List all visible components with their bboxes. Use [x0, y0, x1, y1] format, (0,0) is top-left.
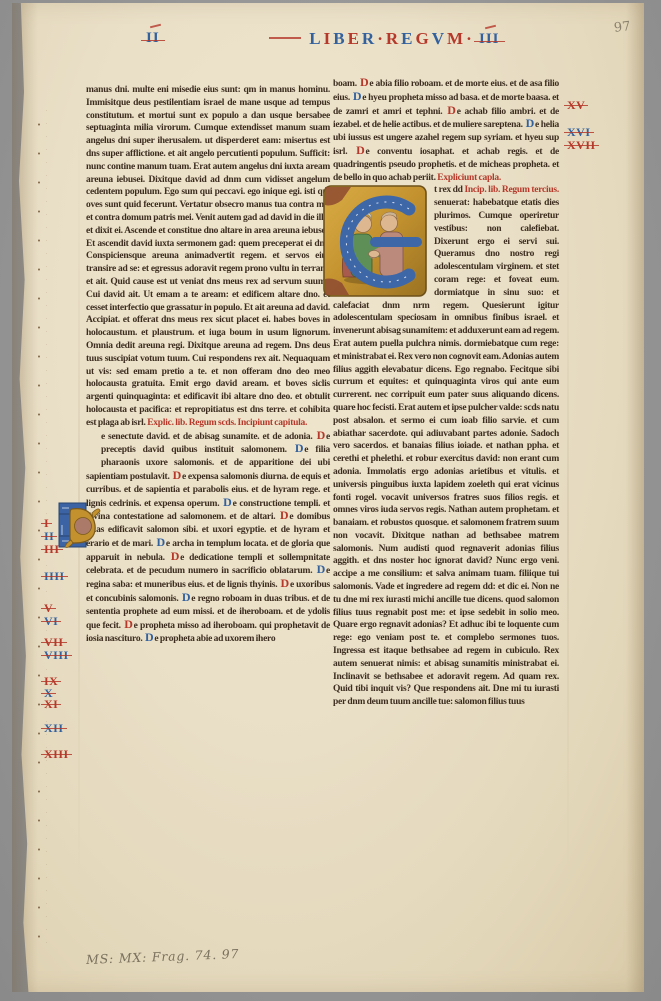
capitulum-initial: D — [316, 562, 326, 576]
header-book-title: LIBER·REGVM· — [242, 29, 502, 49]
capitulum-initial: D — [123, 617, 133, 631]
capitula-list-right: boam. De abia filio roboam. et de morte … — [333, 77, 559, 184]
title-letter: I — [324, 29, 334, 48]
left-main-text: manus dni. multe eni misedie eius sunt: … — [86, 84, 330, 430]
chapter-numeral-i: I — [44, 517, 49, 529]
capitulum-text: e senectute david. et de abisag sunamite… — [101, 432, 316, 442]
title-letter: R — [386, 29, 401, 48]
chapter-numeral-xv: XV — [567, 99, 585, 111]
manuscript-photo: II LIBER·REGVM· III 97 manus dni. multe … — [0, 0, 661, 1001]
liber3-opening: t rex dd Incip. lib. Regum tercius. senu… — [333, 184, 559, 709]
capitulum-initial: D — [222, 495, 232, 509]
header-book-numeral-left: II — [146, 30, 160, 47]
decorated-initial-d — [57, 500, 101, 550]
chapter-numeral-xi: XI — [44, 698, 58, 710]
right-text-column: boam. De abia filio roboam. et de morte … — [333, 77, 559, 709]
capitula-list-left: e senectute david. et de abisag sunamite… — [86, 430, 330, 647]
folio-number: 97 — [613, 19, 631, 36]
title-letter: V — [432, 29, 447, 48]
initial-spacer — [86, 430, 101, 470]
capitulum-initial: D — [144, 630, 154, 644]
chapter-numeral-xiii: XIII — [44, 748, 69, 760]
capitulum-initial: D — [359, 75, 369, 89]
opening-words: t rex dd — [434, 185, 463, 195]
title-letter: G — [416, 29, 432, 48]
chapter-numeral-iiii: IIII — [44, 570, 65, 582]
title-letter: B — [333, 29, 347, 48]
capitulum-initial: D — [170, 549, 180, 563]
capitulum-initial: D — [181, 590, 191, 604]
capitulum-initial: D — [155, 535, 165, 549]
title-letter: R — [362, 29, 377, 48]
chapter-numeral-xvii: XVII — [567, 139, 596, 151]
title-letter: E — [401, 29, 415, 48]
title-letter: E — [348, 29, 362, 48]
capitulum-initial: D — [352, 89, 362, 103]
chapter-numeral-vii: VII — [44, 636, 64, 648]
title-letter: L — [309, 29, 323, 48]
chapter-numeral-v: V — [44, 602, 53, 614]
capitulum-initial: D — [172, 468, 182, 482]
capitulum-initial: D — [525, 116, 535, 130]
title-letter: · — [466, 29, 475, 48]
chapter-numeral-vi: VI — [44, 615, 58, 627]
chapter-numeral-viii: VIII — [44, 649, 69, 661]
historiated-initial-e — [323, 185, 427, 297]
chapter-numeral-ii: II — [44, 530, 54, 542]
chapter-numeral-xii: XII — [44, 722, 64, 734]
capitulum-initial: D — [280, 576, 290, 590]
parchment-crease — [567, 170, 569, 890]
chapter-numeral-xvi: XVI — [567, 126, 591, 138]
capitulum-carryover: boam. — [333, 79, 359, 89]
header-book-numeral-right: III — [479, 31, 500, 48]
capitulum-initial: D — [316, 428, 326, 442]
rubric-incipiunt-capitula: Incipiunt capitula. — [238, 418, 308, 428]
capitulum-initial: D — [355, 143, 365, 157]
capitulum-text: e propheta abie ad uxorem ihero — [154, 634, 275, 644]
rubric-incipit-liber3: Incip. lib. Regum tercius. — [464, 185, 559, 195]
capitulum-initial: D — [294, 441, 304, 455]
rubric-expliciunt-capitula: Expliciunt capla. — [437, 173, 501, 183]
capitulum-initial: D — [446, 103, 456, 117]
left-text-column: manus dni. multe eni misedie eius sunt: … — [86, 84, 330, 646]
chapter-numeral-iii: III — [44, 543, 60, 555]
bible-text-2kings-end: manus dni. multe eni misedie eius sunt: … — [86, 85, 330, 428]
title-letter: · — [377, 29, 386, 48]
rubric-explicit-liber2: Explic. lib. Regum scds. — [147, 418, 236, 428]
title-letter: M — [447, 29, 466, 48]
capitulum-initial: D — [279, 508, 289, 522]
clasped-hands — [369, 251, 380, 258]
